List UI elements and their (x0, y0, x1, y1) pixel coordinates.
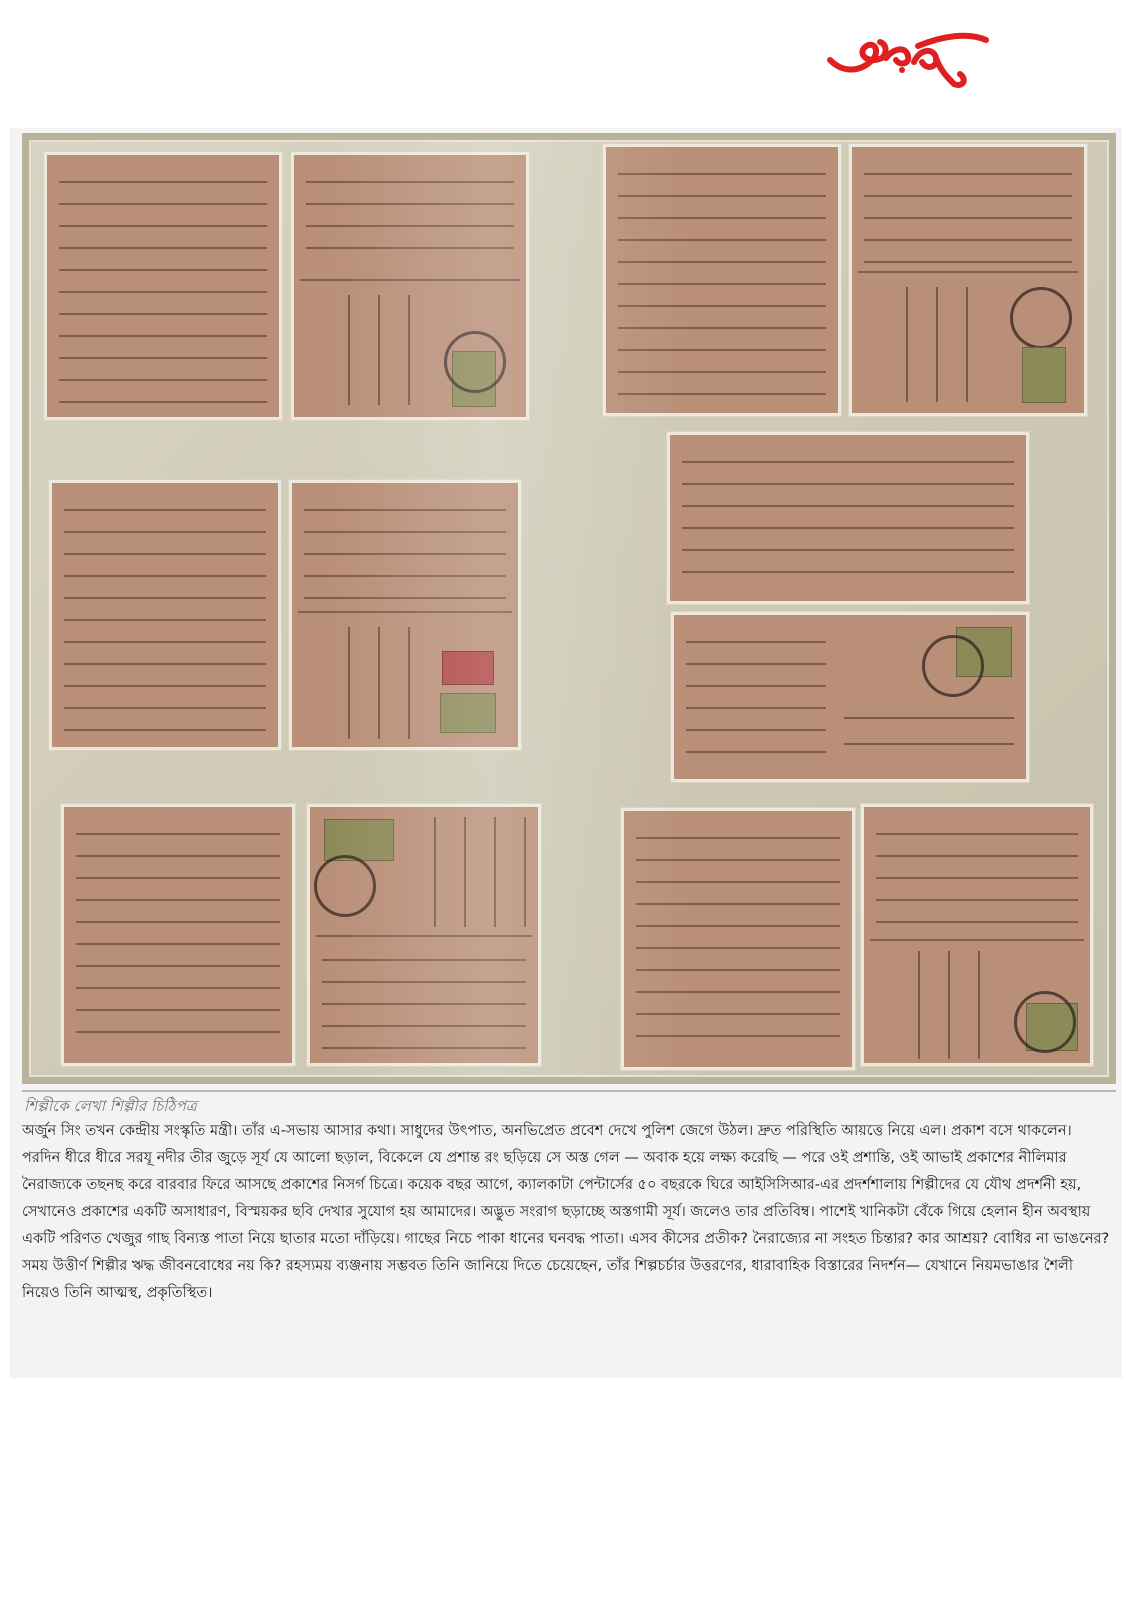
handwriting (64, 497, 266, 733)
postcard (291, 152, 529, 420)
postcard (667, 432, 1029, 604)
address-lines (334, 627, 434, 739)
address-lines (892, 287, 992, 402)
handwriting (59, 169, 267, 403)
handwriting (682, 449, 1014, 587)
card-divider (300, 279, 520, 281)
handwriting (76, 821, 280, 1049)
postcard (61, 804, 295, 1066)
postmark-icon (444, 331, 506, 393)
address-lines (904, 951, 1004, 1059)
handwriting (618, 161, 826, 399)
postcard (44, 152, 282, 420)
postcard (603, 144, 841, 416)
article-paragraph: অর্জুন সিং তখন কেন্দ্রীয় সংস্কৃতি মন্ত্… (22, 1118, 1112, 1307)
handwriting (864, 161, 1072, 263)
card-divider (298, 611, 512, 613)
postcard (289, 480, 521, 750)
postcard (621, 808, 855, 1070)
masthead (0, 0, 1131, 120)
handwriting (306, 169, 514, 267)
handwriting (636, 825, 840, 1053)
stamp-icon (324, 819, 394, 861)
handwriting (876, 821, 1078, 933)
postcard (671, 612, 1029, 782)
caption-divider (22, 1090, 1116, 1092)
address-lines (844, 703, 1014, 767)
postmark-icon (922, 635, 984, 697)
card-divider (858, 271, 1078, 273)
arambha-logo-icon (822, 18, 992, 90)
handwriting (322, 947, 526, 1049)
handwriting (686, 629, 826, 765)
stamp-icon (1022, 347, 1066, 403)
postmark-icon (1010, 287, 1072, 349)
address-lines (420, 817, 530, 927)
stamp-icon (440, 693, 496, 733)
postcard (849, 144, 1087, 416)
postmark-icon (314, 855, 376, 917)
card-divider (316, 935, 532, 937)
postmark-icon (1014, 991, 1076, 1053)
postcards-photo (22, 133, 1116, 1084)
publication-logo[interactable] (822, 18, 992, 90)
stamp-icon (442, 651, 494, 685)
postcard (861, 804, 1093, 1066)
photo-caption: শিল্পীকে লেখা শিল্পীর চিঠিপত্র (24, 1095, 197, 1120)
article-panel: শিল্পীকে লেখা শিল্পীর চিঠিপত্র অর্জুন সি… (10, 128, 1122, 1378)
postcard (307, 804, 541, 1066)
address-lines (334, 295, 424, 405)
card-divider (870, 939, 1084, 941)
postcard (49, 480, 281, 750)
handwriting (304, 497, 506, 607)
